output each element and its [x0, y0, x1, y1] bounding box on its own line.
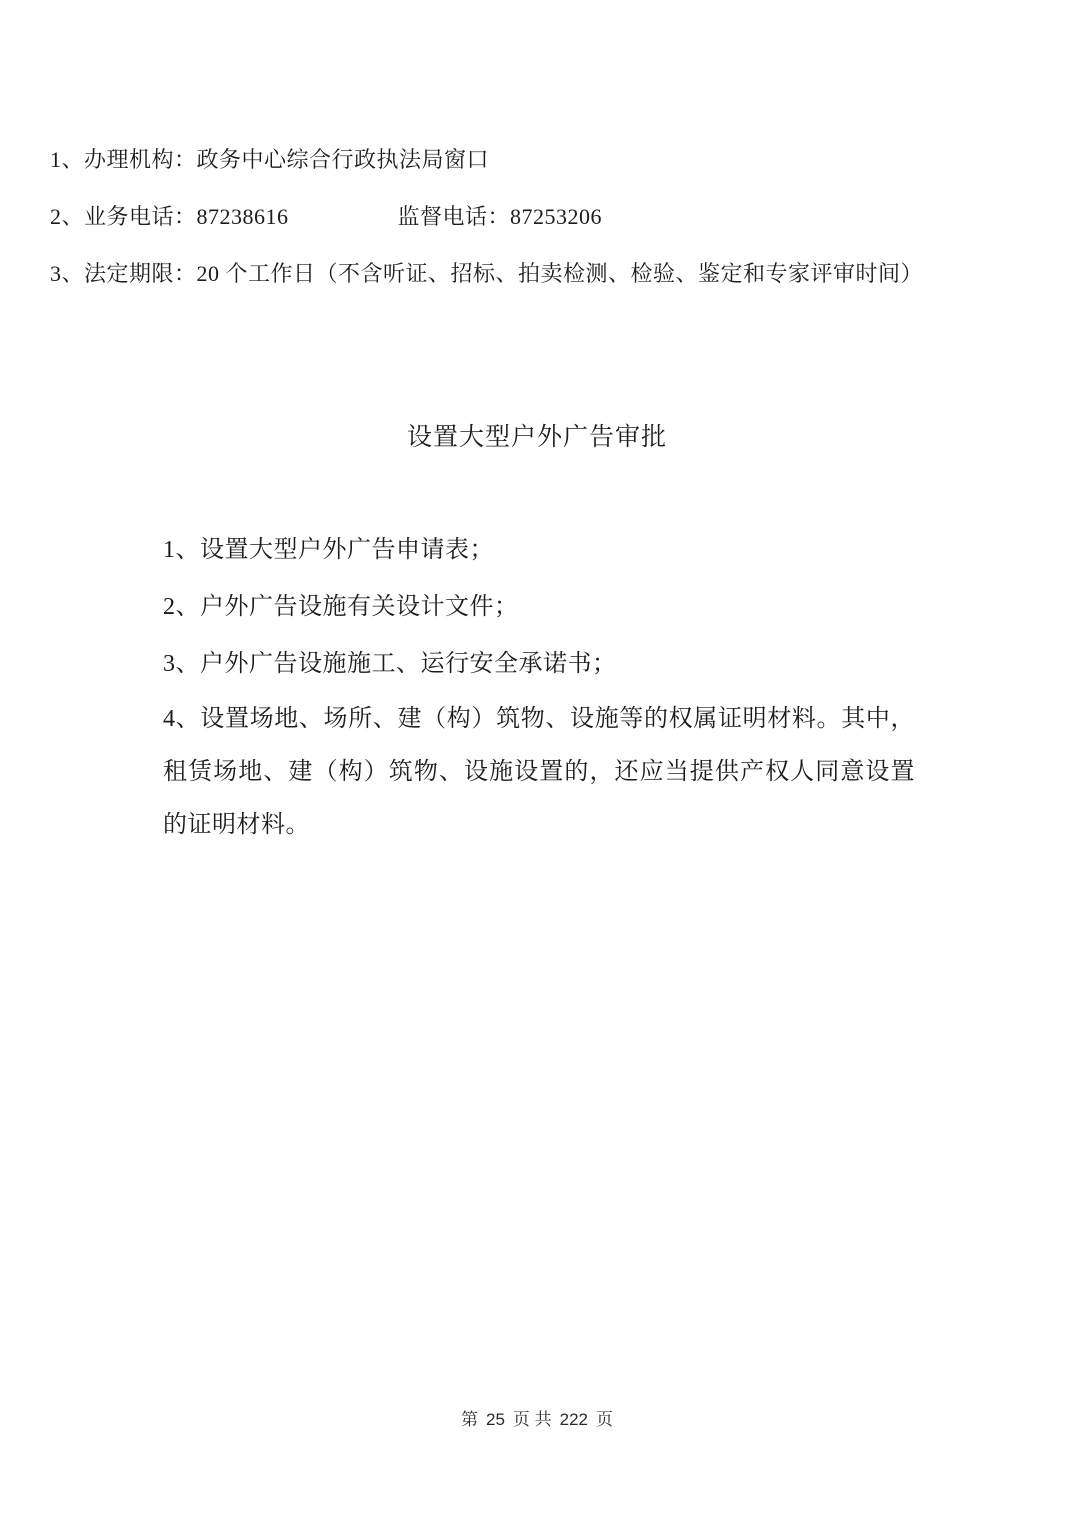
requirement-item-2: 2、户外广告设施有关设计文件；: [163, 579, 915, 636]
legal-period-line: 3、法定期限：20 个工作日（不含听证、招标、拍卖检测、检验、鉴定和专家评审时间…: [50, 245, 1034, 302]
requirements-section: 1、设置大型户外广告申请表； 2、户外广告设施有关设计文件； 3、户外广告设施施…: [163, 522, 915, 852]
footer-page-number: 25: [486, 1410, 505, 1429]
agency-info-section: 1、办理机构：政务中心综合行政执法局窗口 2、业务电话：87238616 监督电…: [50, 131, 1034, 302]
phone-line: 2、业务电话：87238616 监督电话：87253206: [50, 188, 1034, 245]
requirement-item-1: 1、设置大型户外广告申请表；: [163, 522, 915, 579]
document-title: 设置大型户外广告审批: [0, 425, 1074, 450]
footer-suffix: 页: [596, 1410, 613, 1429]
document-page: 1、办理机构：政务中心综合行政执法局窗口 2、业务电话：87238616 监督电…: [0, 0, 1074, 1520]
supervision-phone: 监督电话：87253206: [398, 204, 603, 229]
handling-agency-line: 1、办理机构：政务中心综合行政执法局窗口: [50, 131, 1034, 188]
page-footer: 第25页 共222页: [0, 1405, 1074, 1435]
business-phone: 2、业务电话：87238616: [50, 204, 289, 229]
requirement-item-4: 4、设置场地、场所、建（构）筑物、设施等的权属证明材料。其中，租赁场地、建（构）…: [163, 693, 915, 852]
footer-total-pages: 222: [560, 1410, 588, 1429]
footer-prefix: 第: [461, 1410, 478, 1429]
requirement-item-3: 3、户外广告设施施工、运行安全承诺书；: [163, 636, 915, 693]
footer-middle: 页 共: [513, 1410, 552, 1429]
